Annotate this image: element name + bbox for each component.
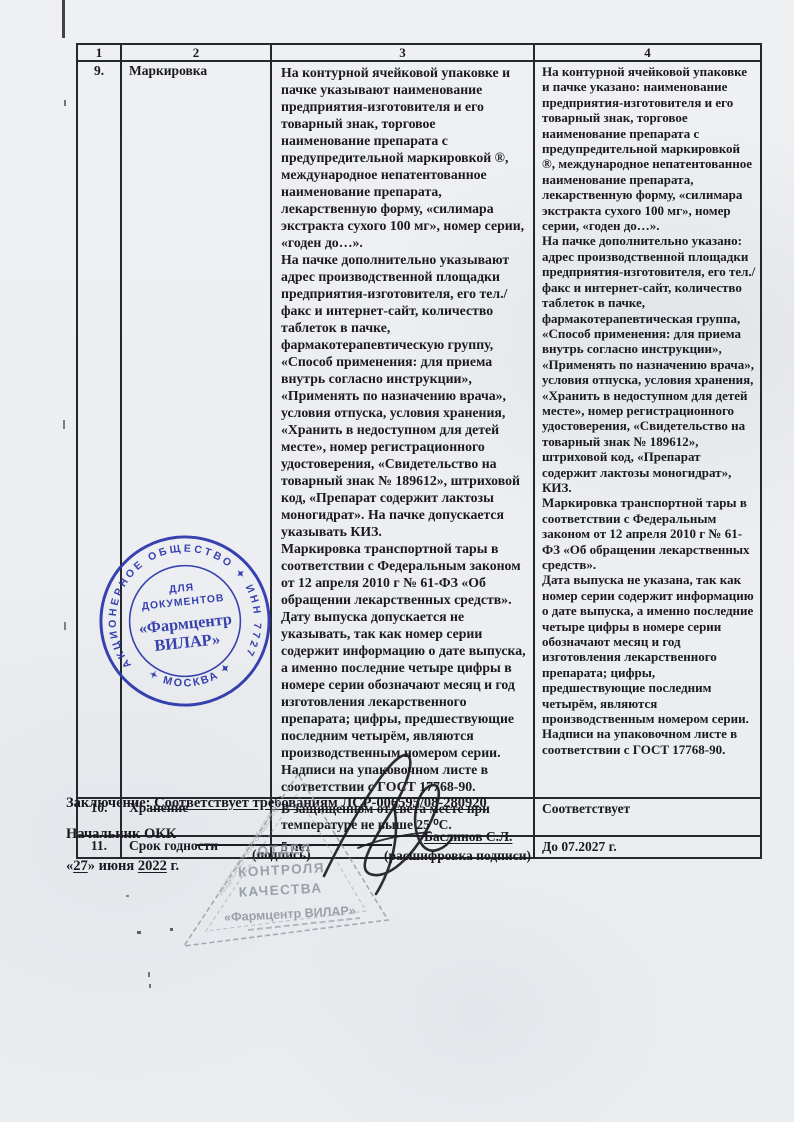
- table-header-row: 1 2 3 4: [77, 44, 761, 61]
- date-day: 27: [73, 858, 88, 874]
- column-header: 2: [121, 44, 271, 61]
- triangle-stamp-base: «Фармцентр ВИЛАР»: [224, 904, 356, 925]
- spec-table: 1 2 3 4 9. Маркировка На контурной ячейк…: [76, 43, 762, 859]
- scan-artifact: [63, 420, 65, 429]
- stamp-inner-line1: ДЛЯ: [169, 582, 195, 596]
- document-date: «27» июня 2022 г.: [66, 858, 179, 875]
- scan-artifact: [126, 895, 129, 897]
- column-header: 4: [534, 44, 761, 61]
- date-part: »: [88, 858, 95, 874]
- conclusion-label: Заключение:: [66, 795, 151, 811]
- requirements-cell: На контурной ячейковой упаковке и пачке …: [271, 61, 534, 798]
- column-header: 3: [271, 44, 534, 61]
- results-cell: До 07.2027 г.: [534, 836, 761, 858]
- scan-artifact: [62, 0, 65, 38]
- scanned-document-page: 1 2 3 4 9. Маркировка На контурной ячейк…: [0, 0, 794, 1122]
- scan-artifact: [170, 928, 173, 931]
- scan-artifact: [137, 931, 141, 934]
- scan-artifact: [64, 622, 66, 630]
- scan-artifact: [64, 100, 66, 106]
- handwritten-signature: [296, 748, 476, 906]
- column-header: 1: [77, 44, 121, 61]
- signer-role: Начальник ОКК: [66, 826, 176, 843]
- date-year: 2022: [138, 858, 167, 874]
- scan-artifact: [148, 972, 150, 977]
- results-cell: На контурной ячейковой упаковке и пачке …: [534, 61, 761, 798]
- round-company-stamp: АКЦИОНЕРНОЕ ОБЩЕСТВО ✦ ИНН 7727206487 ✦ …: [87, 523, 283, 719]
- stamp-inner-line2: ДОКУМЕНТОВ: [141, 593, 225, 613]
- date-month: июня: [95, 858, 138, 874]
- scan-artifact: [149, 984, 151, 988]
